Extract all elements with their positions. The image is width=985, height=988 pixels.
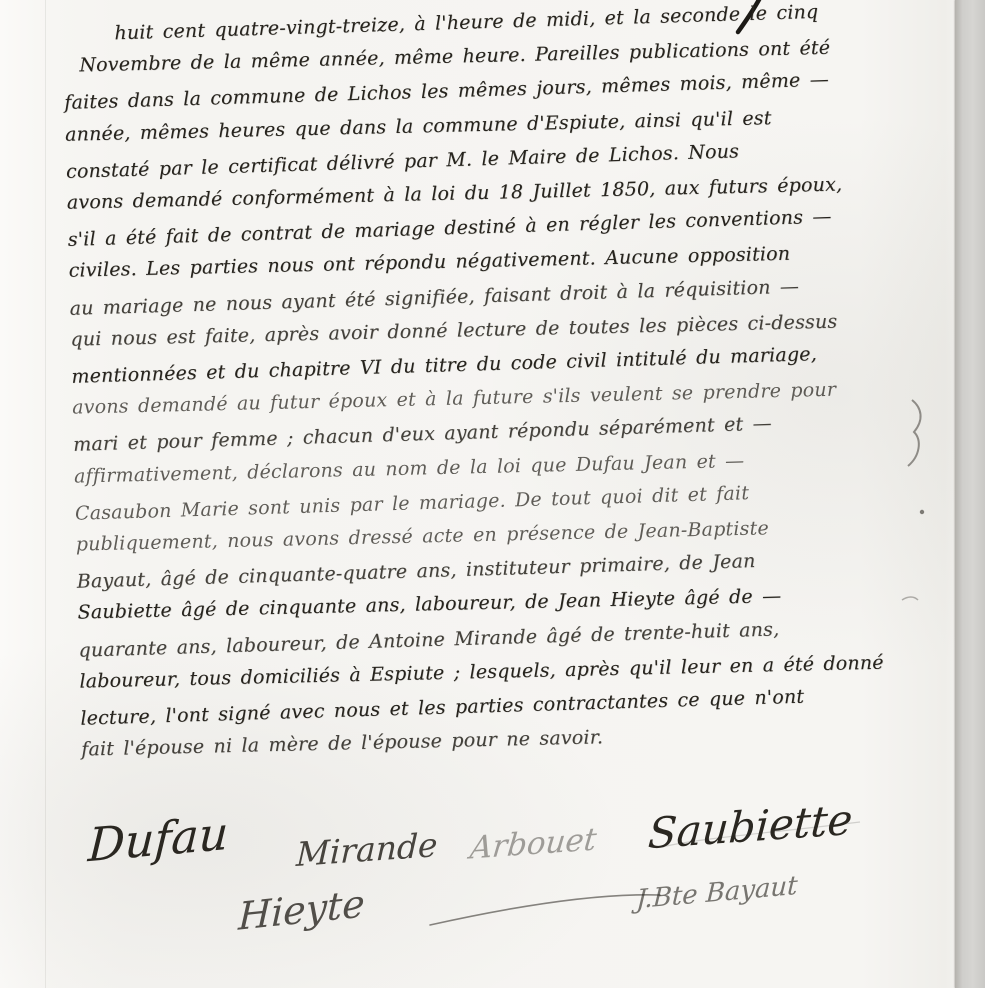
adjacent-page-edge bbox=[955, 0, 985, 988]
signature-bayaut: J.Bte Bayaut bbox=[636, 871, 799, 915]
signature-saubiette: Saubiette bbox=[647, 795, 855, 859]
margin-rule-line bbox=[45, 0, 46, 988]
signature-hieyte: Hieyte bbox=[238, 881, 366, 939]
act-text-block: huit cent quatre-vingt-treize, à l'heure… bbox=[62, 0, 981, 768]
signature-arbouet: Arbouet bbox=[468, 821, 598, 866]
scanned-document-page: huit cent quatre-vingt-treize, à l'heure… bbox=[0, 0, 985, 988]
signature-mirande: Mirande bbox=[295, 825, 438, 874]
signature-dufau: Dufau bbox=[87, 806, 230, 873]
